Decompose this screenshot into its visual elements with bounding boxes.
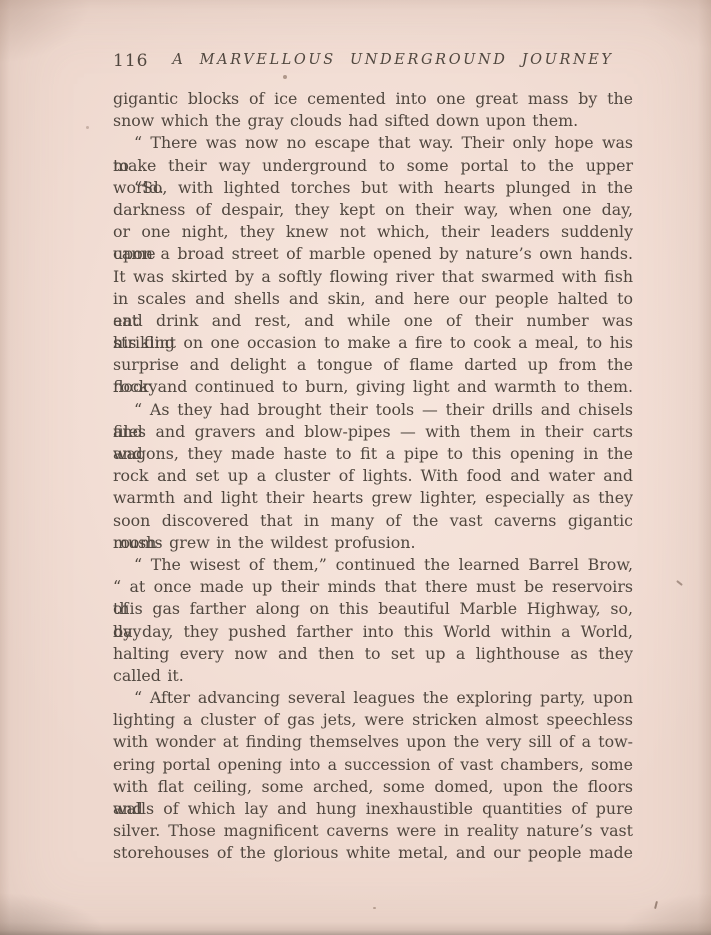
text-line: “ at once made up their minds that there… bbox=[113, 576, 633, 598]
text-line: his flint on one occasion to make a fire… bbox=[113, 332, 633, 354]
text-line: soon discovered that in many of the vast… bbox=[113, 510, 633, 532]
text-line: lighting a cluster of gas jets, were str… bbox=[113, 709, 633, 731]
text-line: wagons, they made haste to fit a pipe to… bbox=[113, 443, 633, 465]
book-page: 116 A MARVELLOUS UNDERGROUND JOURNEY gig… bbox=[0, 0, 711, 935]
text-line: darkness of despair, they kept on their … bbox=[113, 199, 633, 221]
text-block: gigantic blocks of ice cemented into one… bbox=[113, 88, 633, 865]
text-line: “ There was now no escape that way. Thei… bbox=[113, 132, 633, 154]
text-line: gigantic blocks of ice cemented into one… bbox=[113, 88, 633, 110]
text-line: floor and continued to burn, giving ligh… bbox=[113, 376, 633, 398]
running-head: 116 A MARVELLOUS UNDERGROUND JOURNEY bbox=[113, 51, 633, 73]
text-line: snow which the gray clouds had sifted do… bbox=[113, 110, 633, 132]
text-line: files and gravers and blow-pipes — with … bbox=[113, 421, 633, 443]
print-speck bbox=[373, 907, 376, 909]
print-speck bbox=[86, 126, 89, 129]
text-line: and drink and rest, and while one of the… bbox=[113, 310, 633, 332]
text-line: rock and set up a cluster of lights. Wit… bbox=[113, 465, 633, 487]
text-line: with wonder at finding themselves upon t… bbox=[113, 731, 633, 753]
text-line: warmth and light their hearts grew light… bbox=[113, 487, 633, 509]
text-line: by day, they pushed farther into this Wo… bbox=[113, 621, 633, 643]
text-line: “ As they had brought their tools — thei… bbox=[113, 399, 633, 421]
text-line: “ After advancing several leagues the ex… bbox=[113, 687, 633, 709]
text-line: It was skirted by a softly flowing river… bbox=[113, 266, 633, 288]
text-line: “ The wisest of them,” continued the lea… bbox=[113, 554, 633, 576]
text-line: rooms grew in the wildest profusion. bbox=[113, 532, 633, 554]
text-line: called it. bbox=[113, 665, 633, 687]
text-line: storehouses of the glorious white metal,… bbox=[113, 842, 633, 864]
text-line: halting every now and then to set up a l… bbox=[113, 643, 633, 665]
print-speck bbox=[676, 580, 683, 586]
text-line: in scales and shells and skin, and here … bbox=[113, 288, 633, 310]
text-line: or one night, they knew not which, their… bbox=[113, 221, 633, 243]
text-line: walls of which lay and hung inexhaustibl… bbox=[113, 798, 633, 820]
text-line: silver. Those magnificent caverns were i… bbox=[113, 820, 633, 842]
print-speck bbox=[283, 75, 287, 79]
text-line: “So, with lighted torches but with heart… bbox=[113, 177, 633, 199]
text-line: this gas farther along on this beautiful… bbox=[113, 598, 633, 620]
text-line: ering portal opening into a succession o… bbox=[113, 754, 633, 776]
text-line: surprise and delight a tongue of flame d… bbox=[113, 354, 633, 376]
text-line: upon a broad street of marble opened by … bbox=[113, 243, 633, 265]
text-line: make their way underground to some porta… bbox=[113, 155, 633, 177]
running-title: A MARVELLOUS UNDERGROUND JOURNEY bbox=[153, 52, 633, 68]
text-line: with flat ceiling, some arched, some dom… bbox=[113, 776, 633, 798]
print-speck bbox=[654, 901, 658, 909]
page-number: 116 bbox=[113, 51, 148, 71]
